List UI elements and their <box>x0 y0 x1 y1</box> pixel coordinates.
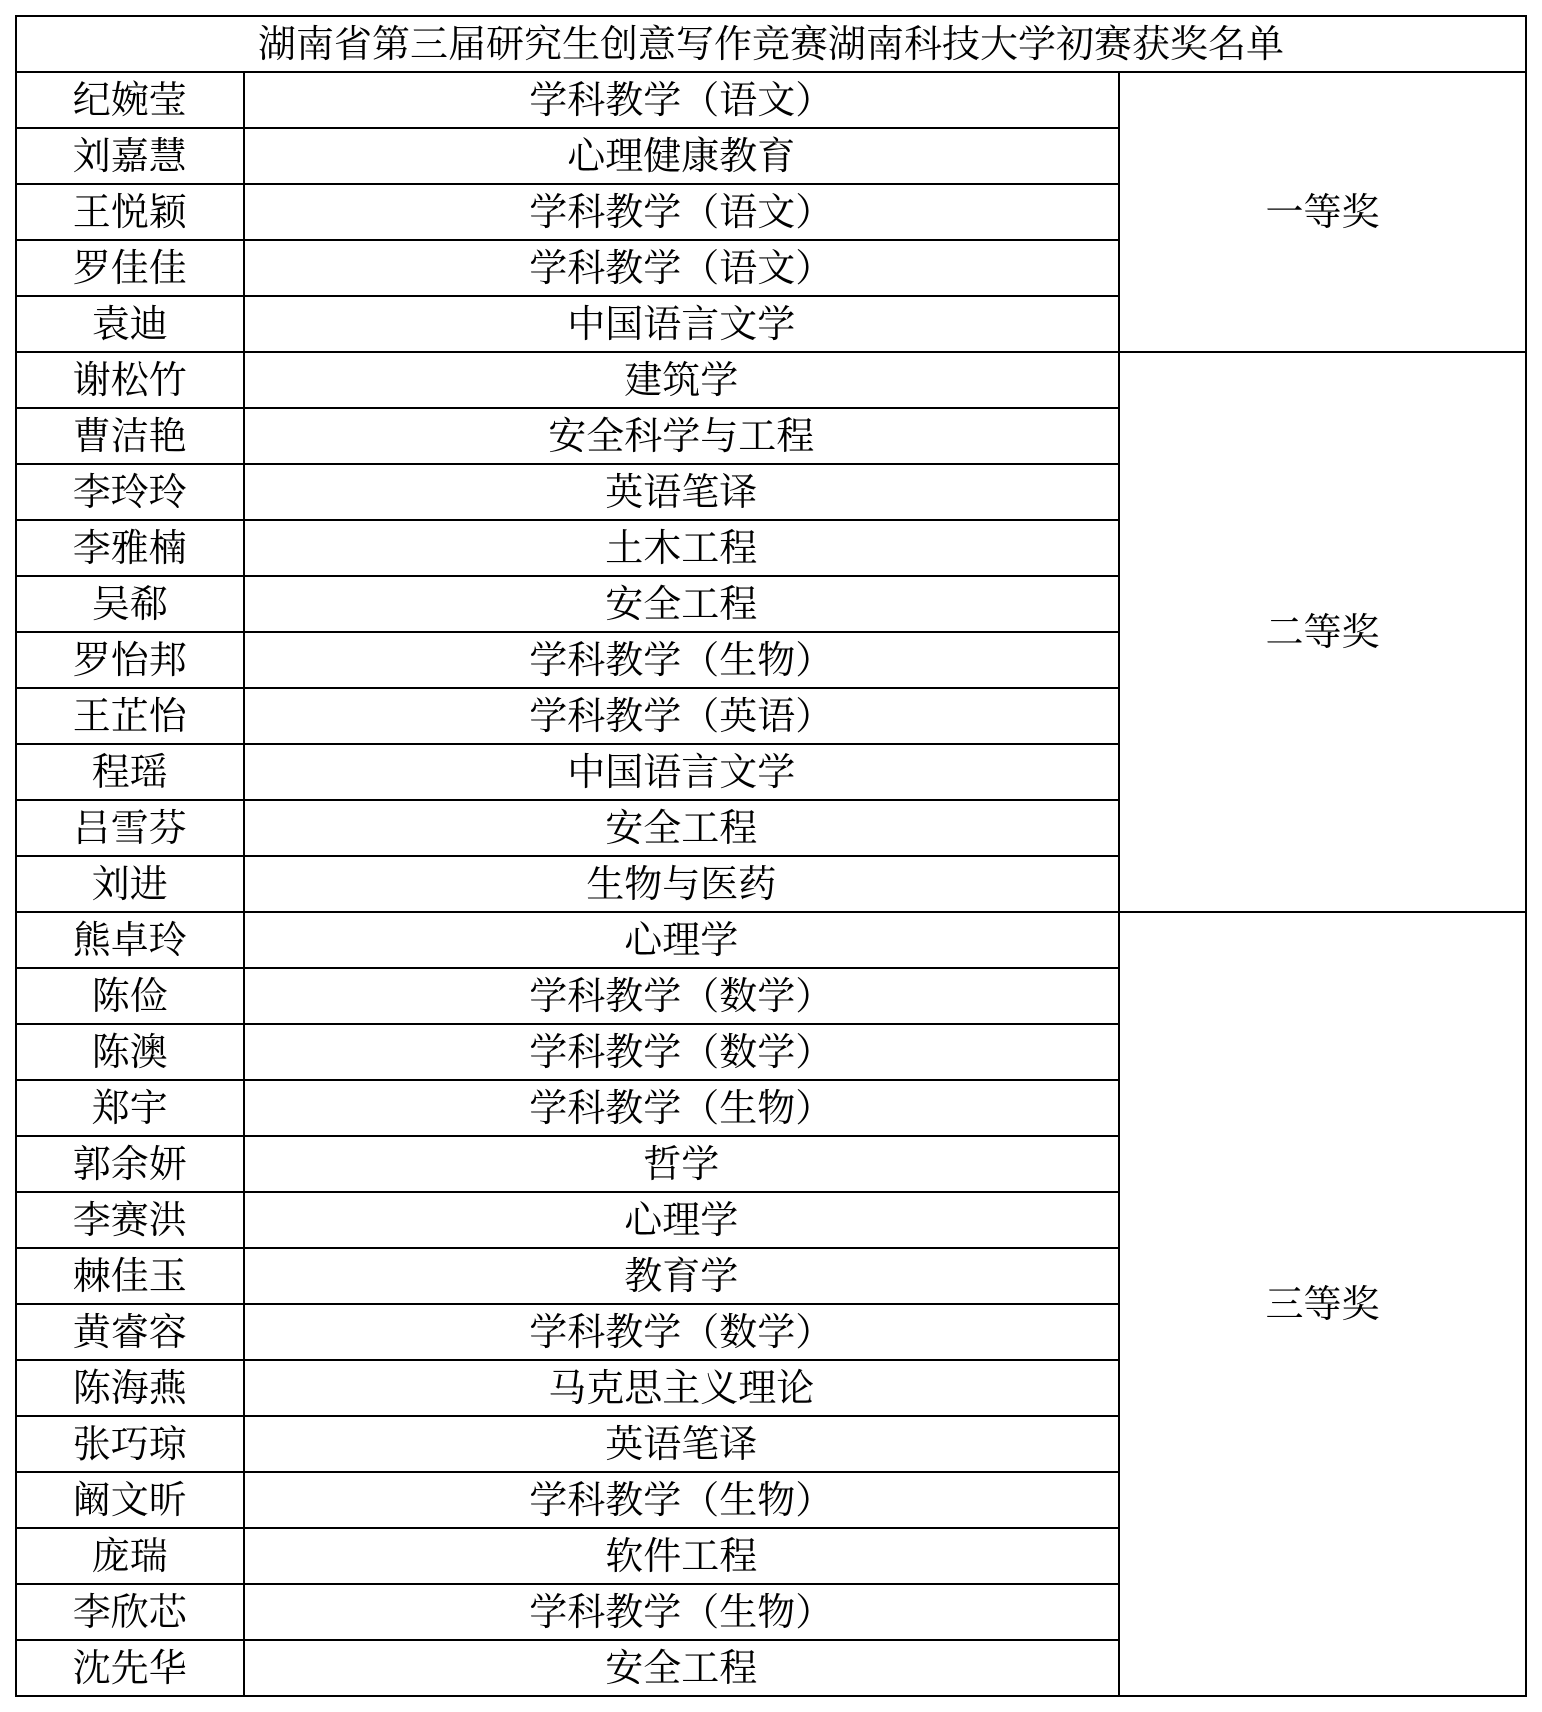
student-major: 心理健康教育 <box>244 128 1119 184</box>
student-major: 土木工程 <box>244 520 1119 576</box>
student-name: 李雅楠 <box>16 520 244 576</box>
student-major: 学科教学（语文） <box>244 72 1119 128</box>
student-major: 中国语言文学 <box>244 296 1119 352</box>
student-major: 生物与医药 <box>244 856 1119 912</box>
student-name: 李玲玲 <box>16 464 244 520</box>
student-major: 学科教学（语文） <box>244 184 1119 240</box>
student-name: 曹洁艳 <box>16 408 244 464</box>
student-name: 郑宇 <box>16 1080 244 1136</box>
prize-level-second: 二等奖 <box>1119 352 1526 912</box>
student-major: 学科教学（生物） <box>244 1080 1119 1136</box>
student-major: 学科教学（数学） <box>244 968 1119 1024</box>
student-major: 学科教学（英语） <box>244 688 1119 744</box>
student-major: 学科教学（生物） <box>244 632 1119 688</box>
student-name: 谢松竹 <box>16 352 244 408</box>
student-major: 马克思主义理论 <box>244 1360 1119 1416</box>
prize-level-first: 一等奖 <box>1119 72 1526 352</box>
student-name: 沈先华 <box>16 1640 244 1696</box>
student-major: 学科教学（数学） <box>244 1304 1119 1360</box>
student-major: 安全科学与工程 <box>244 408 1119 464</box>
student-major: 学科教学（语文） <box>244 240 1119 296</box>
student-name: 吴郗 <box>16 576 244 632</box>
student-major: 软件工程 <box>244 1528 1119 1584</box>
student-name: 吕雪芬 <box>16 800 244 856</box>
student-name: 庞瑞 <box>16 1528 244 1584</box>
student-major: 安全工程 <box>244 800 1119 856</box>
table-row: 谢松竹 建筑学 二等奖 <box>16 352 1526 408</box>
student-name: 罗佳佳 <box>16 240 244 296</box>
student-major: 心理学 <box>244 912 1119 968</box>
title-row: 湖南省第三届研究生创意写作竞赛湖南科技大学初赛获奖名单 <box>16 16 1526 72</box>
student-name: 张巧琼 <box>16 1416 244 1472</box>
student-name: 郭余妍 <box>16 1136 244 1192</box>
student-name: 陈俭 <box>16 968 244 1024</box>
student-name: 程瑶 <box>16 744 244 800</box>
table-row: 熊卓玲 心理学 三等奖 <box>16 912 1526 968</box>
student-major: 教育学 <box>244 1248 1119 1304</box>
student-name: 纪婉莹 <box>16 72 244 128</box>
student-major: 学科教学（生物） <box>244 1472 1119 1528</box>
table-row: 纪婉莹 学科教学（语文） 一等奖 <box>16 72 1526 128</box>
student-major: 英语笔译 <box>244 464 1119 520</box>
student-major: 英语笔译 <box>244 1416 1119 1472</box>
student-major: 安全工程 <box>244 576 1119 632</box>
student-name: 陈澳 <box>16 1024 244 1080</box>
student-name: 熊卓玲 <box>16 912 244 968</box>
student-major: 哲学 <box>244 1136 1119 1192</box>
student-name: 王悦颖 <box>16 184 244 240</box>
student-name: 黄睿容 <box>16 1304 244 1360</box>
student-name: 阚文昕 <box>16 1472 244 1528</box>
student-name: 棘佳玉 <box>16 1248 244 1304</box>
document-title: 湖南省第三届研究生创意写作竞赛湖南科技大学初赛获奖名单 <box>16 16 1526 72</box>
student-name: 刘进 <box>16 856 244 912</box>
student-major: 中国语言文学 <box>244 744 1119 800</box>
student-name: 李赛洪 <box>16 1192 244 1248</box>
student-major: 建筑学 <box>244 352 1119 408</box>
student-major: 学科教学（生物） <box>244 1584 1119 1640</box>
student-name: 陈海燕 <box>16 1360 244 1416</box>
student-name: 刘嘉慧 <box>16 128 244 184</box>
student-name: 罗怡邦 <box>16 632 244 688</box>
award-list-table: 湖南省第三届研究生创意写作竞赛湖南科技大学初赛获奖名单 纪婉莹 学科教学（语文）… <box>15 15 1527 1697</box>
student-name: 李欣芯 <box>16 1584 244 1640</box>
prize-level-third: 三等奖 <box>1119 912 1526 1696</box>
student-major: 心理学 <box>244 1192 1119 1248</box>
student-name: 王芷怡 <box>16 688 244 744</box>
student-name: 袁迪 <box>16 296 244 352</box>
student-major: 安全工程 <box>244 1640 1119 1696</box>
student-major: 学科教学（数学） <box>244 1024 1119 1080</box>
